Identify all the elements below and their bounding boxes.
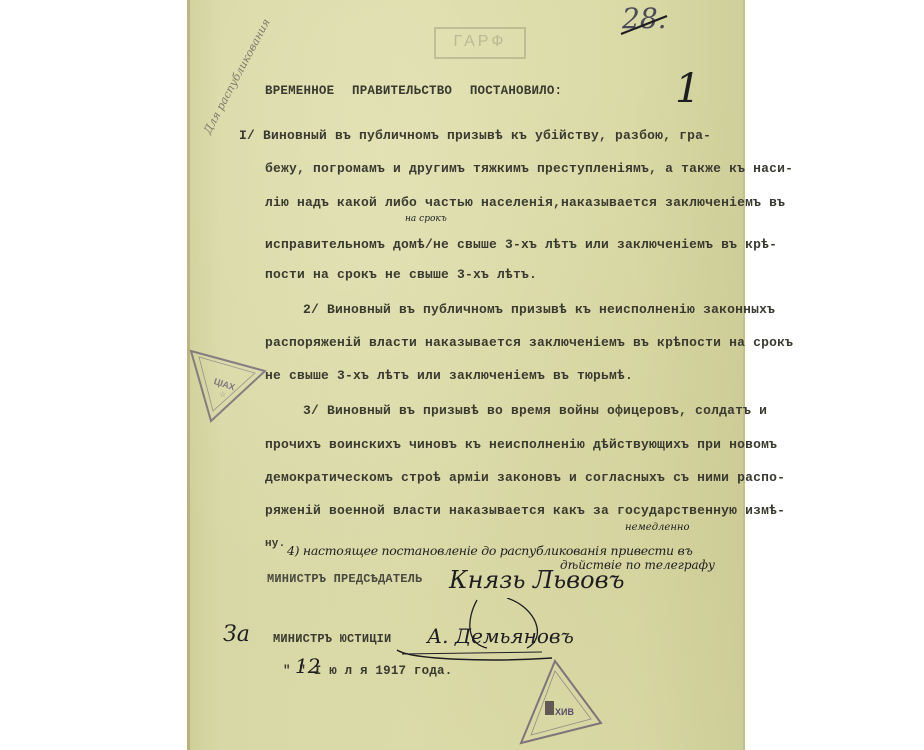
signatory-1-signature: Князь Львовъ	[449, 566, 625, 594]
paragraph-1-line-4: исправительномъ домѣ/не свыше 3-хъ лѣтъ …	[265, 237, 777, 252]
paragraph-1-line-3: лiю надъ какой либо частью населенiя,нак…	[265, 195, 785, 210]
paragraph-2-line-1: 2/ Виновный въ публичномъ призывѣ къ неи…	[303, 302, 775, 317]
date-day-handwritten: 12	[295, 654, 320, 678]
handwritten-insert-word: немедленно	[625, 522, 690, 533]
signatory-2-prefix: За	[223, 622, 250, 647]
paragraph-2-line-2: распоряженiй власти наказывается заключе…	[265, 335, 793, 350]
sheet-number: 1	[675, 66, 700, 112]
strike-through-icon	[619, 12, 669, 38]
paragraph-3-line-3: демократическомъ строѣ армiи законовъ и …	[265, 470, 785, 485]
signatory-1-title: МИНИСТРЪ ПРЕДСѢДАТЕЛЬ	[267, 572, 422, 586]
handwritten-insertion: на срокъ	[405, 214, 447, 224]
margin-pencil-note: Для распубликования	[201, 17, 273, 137]
paragraph-1-line-1: I/ Виновный въ публичномъ призывѣ къ убi…	[239, 128, 711, 143]
svg-text:ХИВ: ХИВ	[555, 707, 574, 717]
document-page: Для распубликования ГАРФ 28. 1 ВРЕМЕННОЕ…	[187, 0, 745, 750]
paragraph-3-end: ну.	[265, 538, 285, 550]
paragraph-3-line-2: прочихъ воинскихъ чиновъ къ неисполненiю…	[265, 437, 777, 452]
archive-triangle-stamp-bottom: ХИВ	[517, 655, 607, 745]
paragraph-3-line-4: ряженiй военной власти наказывается какъ…	[265, 503, 785, 518]
paragraph-2-line-3: не свыше 3-хъ лѣтъ или заключенiемъ въ т…	[265, 368, 633, 383]
document-heading: ВРЕМЕННОЕ ПРАВИТЕЛЬСТВО ПОСТАНОВИЛО:	[265, 84, 562, 98]
paragraph-1-line-5: пости на срокъ не свыше 3-хъ лѣтъ.	[265, 267, 537, 282]
paragraph-3-line-1: 3/ Виновный въ призывѣ во время войны оф…	[303, 403, 767, 418]
archive-stamp: ГАРФ	[434, 27, 526, 59]
handwritten-note-line-1: 4) настоящее постановленiе до распублико…	[287, 543, 692, 558]
paragraph-1-line-2: бежу, погромамъ и другимъ тяжкимъ престу…	[265, 161, 793, 176]
svg-text:☆: ☆	[219, 390, 226, 399]
signatory-2-title: МИНИСТРЪ ЮСТИЦIИ	[273, 632, 391, 646]
archive-triangle-stamp-left: ЦIАХ ☆	[187, 345, 267, 425]
